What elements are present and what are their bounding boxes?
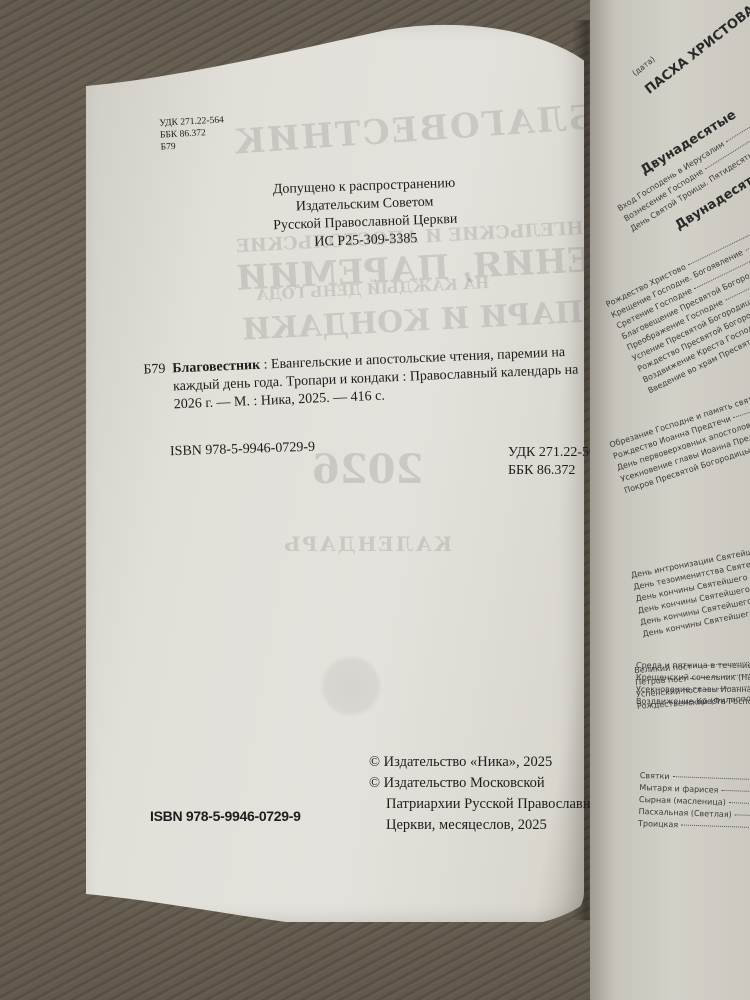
- show-through-seal-icon: [320, 655, 382, 717]
- copyright-line: Церкви, месяцеслов, 2025: [369, 815, 606, 836]
- show-through-calendar: КАЛЕНДАРЬ: [282, 532, 452, 556]
- udk-bbk-block: УДК 271.22-564 ББК 86.372: [508, 444, 603, 480]
- copyright-line: Патриархии Русской Православной: [369, 794, 606, 815]
- list-item: Воздвижение Креста Господня: [636, 696, 750, 708]
- copyright-line: © Издательство «Ника», 2025: [369, 752, 606, 773]
- isbn-bottom: ISBN 978-5-9946-0729-9: [150, 808, 301, 824]
- right-page-top: (дата) ПАСХА ХРИСТОВА: [630, 0, 750, 102]
- list-item: Среда и пятница в течение всего года: [636, 660, 750, 672]
- list-item: Усекновение главы Иоанна Предтечи: [636, 684, 750, 696]
- copyright-line: © Издательство Московской: [369, 773, 606, 794]
- fast-days-list: Среда и пятница в течение всего года Кре…: [636, 660, 750, 708]
- copyright-block: © Издательство «Ника», 2025 © Издательст…: [369, 752, 606, 836]
- bbk-code: ББК 86.372: [508, 462, 603, 480]
- record-code: Б79: [143, 361, 166, 380]
- right-page: (дата) ПАСХА ХРИСТОВА Двунадесятые Вход …: [590, 0, 750, 1000]
- patriarch-days: День интронизации Святейшего Патриарха Д…: [630, 494, 750, 641]
- list-item: Крещенский сочельник (Навечерие Богоявле…: [636, 672, 750, 684]
- publishing-approval: Допущено к распространению Издательским …: [239, 174, 491, 255]
- udk-code: УДК 271.22-564: [508, 444, 603, 462]
- book-title: Благовестник: [172, 358, 260, 377]
- continuous-weeks-list: Святки Мытаря и фарисея Сырная (маслениц…: [638, 770, 750, 844]
- classification-codes: УДК 271.22-564 ББК 86.372 Б79: [159, 114, 225, 153]
- show-through-year: 2026: [312, 446, 423, 493]
- list-item: Троицкая: [638, 818, 750, 844]
